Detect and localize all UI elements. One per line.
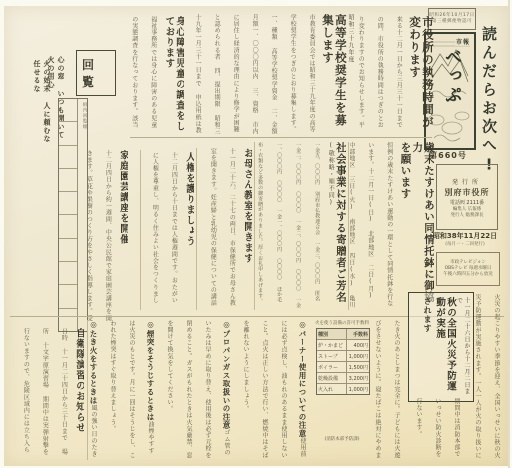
campaign-headline-tail: されます xyxy=(422,297,433,397)
fee-type: 火入れ xyxy=(317,384,347,394)
article-donor-names: 社会事業に対する寄贈者ご芳名 (敬称略・順不同) 一金五、〇〇〇円 別府市仏教連… xyxy=(256,142,346,312)
circulation-row xyxy=(59,146,77,169)
fire-slogan-2: 火の始末 人に頼むな任せるな xyxy=(32,60,52,146)
postal-permit-stamp: 昭和26年10月17日 第三種郵便物認可 xyxy=(428,8,476,30)
fire-section: ◎バーナー使用についての注意使用前には必ず点検し、油もれのあるまま使用しないこと… xyxy=(236,320,312,460)
fee-row: ボイラー1,500円 xyxy=(317,362,369,373)
circulation-box-header: 回覧 xyxy=(76,50,116,96)
circulation-order-label: 組内回覧順 xyxy=(77,99,87,331)
circulation-row xyxy=(59,262,77,285)
column-rule xyxy=(254,142,255,310)
tv-notice-box: 市政テレビジョン OBSテレビ 毎週水曜日 午後六時四五分から放送 xyxy=(436,252,500,286)
body-text: 十一月二十六、二十七の両日、市保健所でお母さん教室を開きます。妊産婦と乳幼児の保… xyxy=(198,148,235,306)
column-rule xyxy=(196,148,197,310)
campaign-dates: 十一月二十六日から十二月二日まで xyxy=(455,297,470,397)
article-sdf-exercise: 自衛隊演習のお知らせ 日時 十一月二十四日から三十日まで 場所 十文字原演習場 … xyxy=(12,328,84,456)
honorifics-note: (敬称略・順不同) xyxy=(327,142,334,312)
article-mothers-class: お母さん教室を開きます 十一月二十六、二十七の両日、市保健所でお母さん教室を開き… xyxy=(198,148,252,312)
circulation-row xyxy=(59,192,77,215)
fire-feature-lead: 火災の起こりやすい季節を迎え、全国いっせいに秋の火災予防運動が実施されます。一人… xyxy=(470,294,506,460)
circulation-table: 組内回覧順 xyxy=(58,98,88,332)
article-human-rights: 人権を護りましょう 十二月四日から十日までは人権週間です。おたがいに人権を尊重し… xyxy=(142,152,194,310)
fire-section-heading: ◎プロパンガス取扱いの注意 xyxy=(222,320,231,429)
fee-amount: 400円 xyxy=(347,340,369,350)
fire-feature-headline-box: 十一月二十六日から十二月二日まで 秋の全国火災予防運動が実施 されます xyxy=(408,292,474,402)
article-disabled-children-survey: 身心障害児童の調査をしております 福祉事務所では身心に障害のある児童の実態調査を… xyxy=(132,16,184,134)
circulation-row xyxy=(59,215,77,238)
fire-feature-side-note: たき火のあとしまつは完全に。子どもには火遊びをさせないように。寝たばこは絶対にや… xyxy=(372,320,406,460)
campaign-headline: 秋の全国火災予防運動が実施 xyxy=(433,297,455,397)
article-yearend-charity: 歳末たすけあい同情托鉢に御協力 を願います 恒例の歳末たすけあい運動の一環として… xyxy=(350,142,434,312)
fire-section-heading: ◎煙突をそうじするときは xyxy=(146,320,155,421)
fee-table-credit: (消防本部予防課) xyxy=(312,436,372,442)
publication-date: 昭和38年11月22日 xyxy=(428,231,502,241)
circulation-title: 回覧 xyxy=(82,56,115,90)
body-text: 福祉事務所では身心に障害のある児童の実態調査を行なっております。該当する児童のあ… xyxy=(132,16,157,128)
body-text: 来る十二月一日から三月三十一日までの間、市役所の執務時間はつぎのとおり変わります… xyxy=(358,16,402,129)
fire-section: ◎プロパンガス取扱いの注意ゴム管のいたみは早めに取り替え、使用後は必ず元栓を閉め… xyxy=(160,320,236,460)
circulation-row xyxy=(59,285,77,308)
fee-type: 乾燥設備 xyxy=(317,373,347,383)
publisher-phone: 電話㈹ 2111番 xyxy=(450,199,484,206)
circulation-row xyxy=(59,122,77,145)
fee-amount: 1,500円 xyxy=(347,362,369,372)
headline: 市役所の執務時間が変わります xyxy=(408,16,434,132)
publisher-box: 発行所 別府市役所 電話㈹ 2111番 編集人 広報係 発行人 総務課長 xyxy=(436,164,498,230)
fire-section: ◎煙突をそうじするときは油煙やすすは火災のもとです。月に一回はそうじをし、こわれ… xyxy=(103,320,160,460)
body-text: 市教育委員会では昭和三十九年度の高等学校奨学生をつぎのとおり募集します。一、種類… xyxy=(188,14,315,135)
fee-type: ストーブ xyxy=(317,351,347,361)
column-rule xyxy=(348,142,349,310)
headline: 歳末たすけあい同情托鉢に御協力 xyxy=(411,142,435,312)
headline: 人権を護りましょう xyxy=(183,152,194,310)
article-gardening-course: 家庭園芸講座を開催 十二月四日から約一週間、中央公民館で家庭園芸講座を開きます。… xyxy=(88,150,128,326)
circulation-row xyxy=(59,99,77,122)
fee-row: 乾燥設備3,200円 xyxy=(317,373,369,384)
fee-row: 炉・かまど400円 xyxy=(317,340,369,351)
publisher-heading: 発行所 xyxy=(452,177,482,186)
scan-edge-artifact xyxy=(508,0,510,468)
article-office-hours: 市役所の執務時間が変わります 来る十二月一日から三月三十一日までの間、市役所の執… xyxy=(358,16,434,132)
headline: 身心障害児童の調査をしております xyxy=(163,16,184,134)
fee-table-caption: 火を使う設備の許可手数料 xyxy=(312,320,372,326)
fire-section-body: 使用前には必ず点検し、油もれのあるまま使用しないこと。点火は正しい方法で行い、燃… xyxy=(242,320,306,459)
headline: 高等学校奨学生を募集します xyxy=(321,14,347,136)
postal-permit-line2: 第三種郵便物認可 xyxy=(432,19,472,25)
fee-table: 種別手数料炉・かまど400円ストーブ1,000円ボイラー1,500円乾燥設備3,… xyxy=(316,328,370,395)
body-text: 期間中は消防本部でいっせい防火診断を行ないます。 xyxy=(415,398,460,457)
article-scholarship: 昭和三十九年度 高等学校奨学生を募集します 市教育委員会では昭和三十九年度の高等… xyxy=(188,14,354,136)
body-text: 十二月四日から約一週間、中央公民館で家庭園芸講座を開きます。草花や果樹のつくり方… xyxy=(88,150,111,322)
fire-feature-afterbox: 期間中は消防本部でいっせい防火診断を行ないます。 xyxy=(408,398,466,458)
fee-amount: 1,000円 xyxy=(347,351,369,361)
circulation-row xyxy=(59,239,77,262)
fee-amount: 3,200円 xyxy=(347,373,369,383)
body-text: 日時 十一月二十四日から三十日まで 場所 十文字原演習場 期間中は実弾射撃を行な… xyxy=(12,328,67,455)
circulation-rows xyxy=(59,99,77,331)
body-text: たき火のあとしまつは完全に。子どもには火遊びをさせないように。寝たばこは絶対にや… xyxy=(372,320,400,459)
tv-notice-line3: 午後六時四五分から放送 xyxy=(443,272,493,278)
fire-section: ◎たき火をするときは風の強い日のたき火はやめ、消火の用意をしてから。あとしまつは… xyxy=(90,320,103,460)
headline: 自衛隊演習のお知らせ xyxy=(73,328,84,456)
body-text: 恒例の歳末たすけあい運動の一環として同情托鉢を行ないます。十二月一日(日) 北部… xyxy=(350,142,393,308)
page: { "masthead": { "postal_permit_l1": "昭和2… xyxy=(0,0,512,468)
column-rule xyxy=(140,150,141,310)
publisher-name: 別府市役所 xyxy=(445,187,490,198)
headline: 家庭園芸講座を開催 xyxy=(117,150,128,326)
publication-frequency: (毎月一・二回発行) xyxy=(428,241,502,247)
fee-row: 火入れ1,000円 xyxy=(317,384,369,394)
fee-type: 種別 xyxy=(317,329,347,339)
fee-header-row: 種別手数料 xyxy=(317,329,369,340)
fee-amount: 1,000円 xyxy=(347,384,369,394)
donor-list: 一金五、〇〇〇円 別府市仏教連合会 一金三、〇〇〇円 匿名 一金二、〇〇〇円 〇… xyxy=(256,142,320,308)
fire-feature-sections: ◎バーナー使用についての注意使用前には必ず点検し、油もれのあるまま使用しないこと… xyxy=(90,320,312,460)
circulation-row xyxy=(59,169,77,192)
paper-label: 市報 xyxy=(455,37,471,46)
fee-amount: 手数料 xyxy=(347,329,369,339)
fee-type: ボイラー xyxy=(317,362,347,372)
fee-row: ストーブ1,000円 xyxy=(317,351,369,362)
body-text: 十二月四日から十日までは人権週間です。おたがいに人権を尊重し、明るく住みよい社会… xyxy=(142,152,177,304)
fire-section-body: ゴム管のいたみは早めに取り替え、使用後は必ず元栓を閉めること。ガスがもれたときは… xyxy=(166,320,230,459)
section-divider xyxy=(130,137,432,138)
kicker: 昭和三十九年度 xyxy=(347,14,354,136)
headline: お母さん教室を開きます xyxy=(241,148,252,312)
lead-text: 火災の起こりやすい季節を迎え、全国いっせいに秋の火災予防運動が実施されます。一人… xyxy=(470,294,500,459)
publisher-issuer: 発行人 総務課長 xyxy=(451,212,484,218)
headline-line2: を願います xyxy=(399,142,411,312)
column-rule xyxy=(87,320,88,460)
fee-type: 炉・かまど xyxy=(317,340,347,350)
fire-section-heading: ◎たき火をするときは xyxy=(90,320,98,405)
fire-section-heading: ◎バーナー使用についての注意 xyxy=(298,320,307,438)
paper-name: べっぷ xyxy=(439,47,464,105)
headline: 社会事業に対する寄贈者ご芳名 xyxy=(334,142,346,312)
